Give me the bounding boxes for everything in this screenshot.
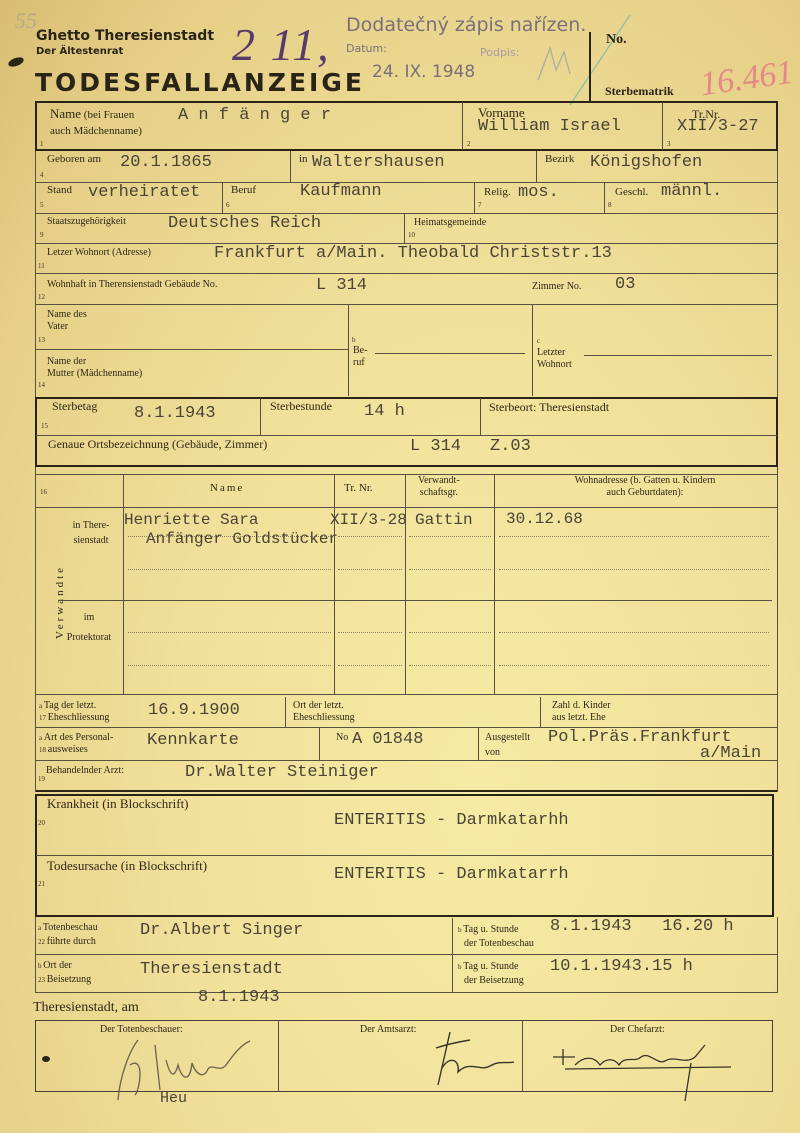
relative-addr[interactable]: 30.12.68	[506, 510, 583, 528]
beschau-time-label-1: Tag u. Stunde	[463, 924, 518, 935]
signature-amtsarzt	[430, 1030, 520, 1090]
sig-chefarzt-label: Der Chefarzt:	[610, 1024, 665, 1036]
page-note: 55	[15, 8, 37, 34]
marriage-place-label: Ort der letzt. Eheschliessung	[293, 700, 355, 723]
place-date-field[interactable]: 8.1.1943	[198, 988, 280, 1007]
name-label: Name (bei Frauen	[50, 107, 134, 122]
beschau-time-label: b Tag u. Stunde der Totenbeschau	[458, 924, 534, 949]
beisetzung-time-field[interactable]: 10.1.1943.15 h	[550, 957, 693, 976]
children-count-label-1: Zahl d. Kinder	[552, 700, 611, 712]
wohnort-field[interactable]: Frankfurt a/Main. Theobald Christstr.13	[214, 244, 612, 263]
typist-initials: Heu	[160, 1090, 187, 1107]
relative-name-line2[interactable]: Anfänger Goldstücker	[146, 530, 338, 548]
parent-beruf-label: Be- ruf	[353, 345, 367, 368]
marriage-place-label-1: Ort der letzt.	[293, 700, 355, 712]
surname-field[interactable]: A n f ä n g e r	[178, 106, 331, 125]
signature-chefarzt	[545, 1035, 735, 1105]
issued-by-label-1: Ausgestellt	[485, 732, 530, 744]
ortsbez-zimmer-field[interactable]: Z.03	[490, 437, 531, 456]
register-number-red: 16.461	[698, 54, 796, 105]
marriage-place-label-2: Eheschliessung	[293, 712, 355, 724]
parent-wohnort-label-2: Wohnort	[537, 359, 572, 371]
beisetzung-time-label-2: der Beisetzung	[464, 975, 524, 987]
beschau-label-1: Totenbeschau	[43, 922, 98, 933]
org-line-1: Ghetto Theresienstadt	[36, 28, 214, 44]
staat-field[interactable]: Deutsches Reich	[168, 214, 321, 233]
children-count-label: Zahl d. Kinder aus letzt. Ehe	[552, 700, 611, 723]
krankheit-field[interactable]: ENTERITIS - Darmkatarhh	[334, 811, 569, 830]
place-label: Theresienstadt, am	[33, 1000, 139, 1016]
vater-label-1: Name des	[47, 309, 87, 321]
children-count-label-2: aus letzt. Ehe	[552, 712, 611, 724]
id-type-label: a Art des Personal- 18 ausweises	[39, 732, 113, 755]
marriage-date-field[interactable]: 16.9.1900	[148, 701, 240, 720]
group-theresienstadt-label-1: in There-	[62, 520, 120, 532]
beschau-time-field[interactable]: 8.1.1943 16.20 h	[550, 917, 734, 936]
sig-totenbeschauer-label: Der Totenbeschauer:	[100, 1024, 183, 1036]
beschau-field[interactable]: Dr.Albert Singer	[140, 921, 303, 940]
beisetzung-ort-label-2: Beisetzung	[47, 974, 91, 985]
id-number-label: No	[336, 732, 348, 744]
ursache-label: Todesursache (in Blockschrift)	[47, 859, 207, 874]
gebaeude-field[interactable]: L 314	[316, 276, 367, 295]
wohnhaft-label: Wohnhaft in Therensienstadt Gebäude No.	[47, 279, 217, 291]
heimat-label: Heimatsgemeinde	[414, 217, 486, 229]
relig-label: Relig.	[484, 186, 511, 199]
beisetzung-ort-label: b Ort der 23 Beisetzung	[38, 960, 91, 985]
zimmer-field[interactable]: 03	[615, 275, 635, 294]
vater-label: Name des Vater	[47, 309, 87, 332]
geschl-field[interactable]: männl.	[661, 182, 722, 201]
zimmer-label: Zimmer No.	[532, 281, 581, 293]
marriage-date-label-1: Tag der letzt.	[44, 700, 96, 711]
stamp-text: Dodatečný zápis nařízen.	[346, 14, 586, 36]
parent-wohnort-label: Letzter Wohnort	[537, 347, 572, 370]
stamp-date-label: Datum:	[346, 42, 387, 55]
staat-label: Staatszugehörigkeit	[47, 216, 126, 228]
bezirk-label: Bezirk	[545, 153, 574, 166]
number-divider	[589, 32, 591, 102]
no-label: No.	[606, 32, 627, 48]
mutter-label-1: Name der	[47, 356, 142, 368]
sterbetag-label: Sterbetag	[52, 400, 97, 414]
group-protektorat-label-2: Protektorat	[55, 632, 123, 644]
sterbetag-field[interactable]: 8.1.1943	[134, 404, 216, 423]
geschl-label: Geschl.	[615, 186, 648, 199]
bezirk-field[interactable]: Königshofen	[590, 153, 702, 172]
vorname-field[interactable]: William Israel	[478, 117, 621, 136]
beisetzung-time-label: b Tag u. Stunde der Beisetzung	[458, 961, 524, 986]
sterbeort-label: Sterbeort: Theresienstadt	[489, 401, 609, 415]
col-addr-header-1: Wohnadresse (b. Gatten u. Kindern	[540, 475, 750, 487]
col-trnr-header: Tr. Nr.	[344, 482, 373, 495]
sig-amtsarzt-label: Der Amtsarzt:	[360, 1024, 416, 1036]
group-theresienstadt-label: in There- sienstadt	[62, 520, 120, 546]
marriage-date-label-2: Eheschliessung	[48, 712, 110, 723]
mutter-label-2: Mutter (Mädchenname)	[47, 368, 142, 380]
krankheit-label: Krankheit (in Blockschrift)	[47, 797, 189, 812]
beruf-label: Beruf	[231, 184, 256, 197]
stand-field[interactable]: verheiratet	[88, 183, 200, 202]
punch-hole-bottom	[42, 1056, 50, 1062]
name-label-text: Name	[50, 106, 81, 121]
beschau-time-label-2: der Totenbeschau	[464, 938, 534, 950]
marriage-date-label: a Tag der letzt. 17 Eheschliessung	[39, 700, 109, 723]
relative-trnr[interactable]: XII/3-28	[330, 511, 407, 529]
birthplace-in-label: in	[299, 153, 308, 166]
sterbestunde-label: Sterbestunde	[270, 400, 332, 414]
birthplace-field[interactable]: Waltershausen	[312, 153, 445, 172]
stamp-date-value: 24. IX. 1948	[372, 62, 475, 82]
name-label-sub1: (bei Frauen	[84, 109, 134, 121]
id-type-label-1: Art des Personal-	[44, 732, 113, 743]
group-theresienstadt-label-2: sienstadt	[62, 535, 120, 547]
relative-verw[interactable]: Gattin	[415, 511, 473, 529]
beisetzung-time-label-1: Tag u. Stunde	[463, 961, 518, 972]
id-type-label-2: ausweises	[48, 744, 88, 755]
ursache-field[interactable]: ENTERITIS - Darmkatarrh	[334, 865, 569, 884]
wohnort-label: Letzer Wohnort (Adresse)	[47, 247, 151, 259]
col-name-header: Name	[210, 482, 244, 495]
relative-name-line1[interactable]: Henriette Sara	[124, 511, 258, 529]
form-title: TODESFALLANZEIGE	[35, 68, 365, 97]
parent-beruf-label-1: Be-	[353, 345, 367, 357]
vater-label-2: Vater	[47, 321, 87, 333]
beruf-field[interactable]: Kaufmann	[300, 182, 382, 201]
doctor-label: Behandelnder Arzt:	[46, 765, 124, 777]
col-verw-header-1: Verwandt-	[418, 475, 460, 487]
group-protektorat-label-1: im	[55, 612, 123, 624]
stand-label: Stand	[47, 184, 72, 197]
beisetzung-ort-label-1: Ort der	[43, 960, 72, 971]
punch-hole-top	[7, 56, 25, 69]
col-verw-header: Verwandt- schaftsgr.	[418, 475, 460, 498]
parent-wohnort-label-1: Letzter	[537, 347, 572, 359]
id-number-field[interactable]: A 01848	[352, 730, 423, 749]
ortsbez-label: Genaue Ortsbezeichnung (Gebäude, Zimmer)	[48, 438, 267, 452]
beisetzung-ort-field[interactable]: Theresienstadt	[140, 960, 283, 979]
col-addr-header-2: auch Geburtdaten):	[540, 487, 750, 499]
register-label: Sterbematrik	[605, 84, 674, 99]
born-field[interactable]: 20.1.1865	[120, 153, 212, 172]
id-type-field[interactable]: Kennkarte	[147, 731, 239, 750]
col-verw-header-2: schaftsgr.	[418, 487, 460, 499]
name-label-sub2: auch Mädchenname)	[50, 125, 142, 138]
issued-by-label-2: von	[485, 747, 530, 759]
stamp-signature-label: Podpis:	[480, 46, 519, 59]
doctor-field[interactable]: Dr.Walter Steiniger	[185, 763, 379, 782]
beschau-label-2: führte durch	[47, 936, 96, 947]
mutter-label: Name der Mutter (Mädchenname)	[47, 356, 142, 379]
relig-field[interactable]: mos.	[518, 183, 559, 202]
parent-beruf-label-2: ruf	[353, 357, 367, 369]
born-label: Geboren am	[47, 153, 101, 166]
sterbestunde-field[interactable]: 14 h	[364, 402, 405, 421]
ortsbez-gebaeude-field[interactable]: L 314	[410, 437, 461, 456]
beschau-label: a Totenbeschau 22 führte durch	[38, 922, 98, 947]
issued-by-line2[interactable]: a/Main	[700, 744, 761, 763]
col-addr-header: Wohnadresse (b. Gatten u. Kindern auch G…	[540, 475, 750, 498]
handwritten-number: 2 11,	[232, 18, 331, 71]
issued-by-label: Ausgestellt von	[485, 732, 530, 758]
trnr-field[interactable]: XII/3-27	[677, 117, 759, 136]
org-line-2: Der Ältestenrat	[36, 46, 123, 57]
group-protektorat-label: im Protektorat	[55, 612, 123, 643]
